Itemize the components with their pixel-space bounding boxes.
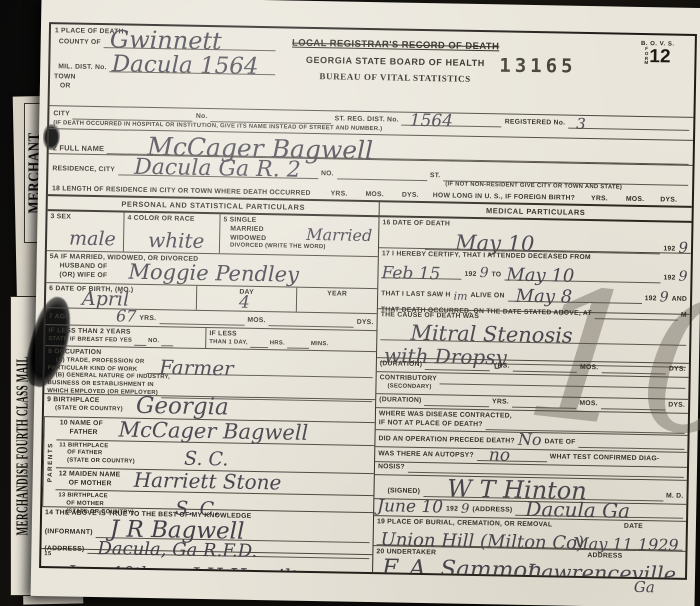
mother-handwriting: Harriett Stone <box>134 472 282 492</box>
where-line <box>486 422 685 434</box>
dob-month-cell: 6 DATE OF BIRTH, (MO.) April <box>46 283 196 310</box>
street-no-label: No. <box>196 113 208 122</box>
duration1-mos: MOS. <box>580 364 599 373</box>
burial-date-label: DATE <box>624 523 643 532</box>
undertaker-handwriting: F. A. Sammon <box>382 560 542 580</box>
form-number: 12 <box>649 48 670 65</box>
from-handwriting: Feb 15 <box>381 266 440 282</box>
signed-address-handwriting: Dacula Ga <box>525 501 630 520</box>
to-handwriting: May 10 <box>506 268 574 285</box>
length-mos: MOS. <box>365 191 384 200</box>
autopsy-handwriting: no <box>489 449 510 464</box>
mil-dist-label: MIL. DIST. No. <box>58 63 107 73</box>
informant-tag: (INFORMANT) <box>45 528 93 538</box>
spouse-handwriting: Moggie Pendley <box>128 264 299 285</box>
breast-fed-yes-line <box>134 338 146 346</box>
dob-month-handwriting: April <box>82 291 129 308</box>
personal-column: 3 SEX male 4 COLOR OR RACE white 5 SINGL… <box>41 211 380 579</box>
undertaker-state-handwriting: Ga <box>634 581 655 594</box>
marital-cell: 5 SINGLE MARRIED WIDOWED DIVORCED (WRITE… <box>219 214 379 256</box>
registrar-line: J H Hamilton <box>181 574 350 580</box>
how-long-yrs: YRS. <box>591 195 608 204</box>
residence-handwriting: Dacula Ga R. 2 <box>134 159 301 181</box>
residence-line: Dacula Ga R. 2 <box>118 167 318 179</box>
age-dys: DYS. <box>357 319 374 328</box>
lr-label: L. R. <box>353 576 369 580</box>
city-label: CITY <box>53 110 70 119</box>
occupation-handwriting: Farmer <box>159 359 234 377</box>
race-handwriting: white <box>148 232 205 250</box>
sex-cell: 3 SEX male <box>47 211 124 251</box>
dob-year-label: YEAR <box>300 290 374 300</box>
race-label: 4 COLOR OR RACE <box>127 215 216 225</box>
signed-address-tag: (ADDRESS) <box>472 506 512 516</box>
to-year-handwriting: 9 <box>678 272 687 284</box>
residence-no-label: NO. <box>321 170 334 179</box>
signed-date-handwriting: June 10 <box>377 499 443 515</box>
age-mos: MOS. <box>247 317 266 326</box>
length-yrs: YRS. <box>331 190 348 199</box>
county-of-label: COUNTY OF <box>59 38 101 48</box>
age-handwriting: 67 <box>116 310 137 324</box>
date-of-label: DATE OF <box>544 438 575 447</box>
and-label: AND <box>672 296 688 305</box>
duration1-dys: DYS. <box>669 366 686 375</box>
residence-label: RESIDENCE, CITY <box>52 165 115 175</box>
signed-192: 192 <box>446 506 458 515</box>
breast-fed-yes: YES <box>119 338 132 346</box>
length-dys: DYS. <box>402 192 419 201</box>
residence-st-label: ST. <box>430 172 441 181</box>
saw-him-handwriting: im <box>453 291 467 301</box>
form-columns: 3 SEX male 4 COLOR OR RACE white 5 SINGL… <box>41 211 692 580</box>
saw-handwriting: May 8 <box>516 289 573 305</box>
duration1-mos-line <box>513 364 578 373</box>
filed-label: FILED <box>44 570 65 579</box>
mins-label: MINS. <box>311 341 329 349</box>
md-label: M. D. <box>666 492 684 501</box>
death-certificate-paper: 10 Ga 1 PLACE OF DEATH COUNTY OF Gwinnet… <box>31 0 700 606</box>
where-line2: IF NOT AT PLACE OF DEATH? <box>379 419 483 430</box>
test-label1: WHAT TEST CONFIRMED DIAG- <box>550 453 660 464</box>
undertaker-row: 20 UNDERTAKER ADDRESS F. A. Sammon Lawre… <box>373 546 686 580</box>
form-word-vertical: FORM <box>644 47 648 66</box>
filed-year-handwriting: 9 <box>169 570 177 579</box>
parents-block: PARENTS 10 NAME OF FATHER McCager Bagwel… <box>42 417 375 513</box>
autopsy-line: no <box>477 453 547 462</box>
age-yrs: YRS. <box>139 315 156 324</box>
duration2-mos: MOS. <box>579 400 598 409</box>
saw-line: May 8 <box>508 294 642 304</box>
serial-number-stamp: 13165 <box>499 55 576 78</box>
hrs-line <box>250 340 268 348</box>
duration2-yrs: YRS. <box>492 398 509 407</box>
registered-no-label: REGISTERED No. <box>505 119 566 129</box>
document-title: LOCAL REGISTRAR'S RECORD OF DEATH <box>246 37 546 53</box>
operation-date-line <box>578 440 684 450</box>
duration2-label: (DURATION) <box>379 396 422 406</box>
duration2-dys: DYS. <box>668 402 685 411</box>
age-mos-line <box>159 316 244 326</box>
to-line: May 10 <box>504 273 660 284</box>
filed-192: 192 <box>154 572 166 579</box>
filed-row: 15 FILED June 10th 192 9 J H Hamilton L.… <box>41 549 373 580</box>
age-label: 7 AGE <box>49 313 71 322</box>
from-year-handwriting: 9 <box>480 268 489 280</box>
informant-row: 14 THE ABOVE IS TRUE TO THE BEST OF MY K… <box>41 507 373 555</box>
signed-address-line: Dacula Ga <box>515 508 683 519</box>
hrs-label: HRS. <box>270 340 285 348</box>
autopsy-label: WAS THERE AN AUTOPSY? <box>378 450 474 461</box>
full-name-label: 2 FULL NAME <box>53 144 105 155</box>
cause-handwriting-1: Mitral Stenosis <box>410 325 573 346</box>
undertaker-address-label: ADDRESS <box>587 552 622 561</box>
less-than-day-line2: THAN 1 DAY, <box>209 339 248 347</box>
father-handwriting: McCager Bagwell <box>118 421 308 442</box>
sex-label: 3 SEX <box>50 213 120 223</box>
sex-handwriting: male <box>69 230 116 247</box>
cause-of-death-row: THE CAUSE OF DEATH WAS Mitral Stenosis w… <box>377 309 690 364</box>
less-than-day-cell: IF LESS THAN 1 DAY, HRS. MINS. <box>205 328 376 351</box>
breast-fed-line2: STATE IF BREAST FED <box>48 336 117 345</box>
st-reg-dist-label: ST. REG. DIST. No. <box>334 116 398 126</box>
father-bp-handwriting: S. C. <box>184 450 229 467</box>
duration2-dys-line <box>601 401 666 410</box>
duration1-label: (DURATION) <box>380 360 423 370</box>
dob-day-handwriting: 4 <box>239 295 250 310</box>
duration2-mos-line <box>512 400 577 409</box>
registrar-handwriting: J H Hamilton <box>191 567 324 580</box>
duration1-yrs: YRS. <box>493 362 510 371</box>
marital-handwriting: Married <box>306 228 372 243</box>
how-long-dys: DYS. <box>660 197 677 206</box>
dob-year-cell: YEAR <box>296 288 377 313</box>
from-line: Feb 15 <box>381 271 461 280</box>
registered-no-handwriting: 3 <box>576 118 586 131</box>
form-header: 1 PLACE OF DEATH COUNTY OF Gwinnett MIL.… <box>50 24 695 118</box>
form-number-box: B. O. V. S. FORM 12 <box>628 41 686 67</box>
residence-no-line <box>337 171 427 181</box>
undertaker-address-handwriting: Lawrenceville <box>527 564 676 580</box>
mil-dist-handwriting: Dacula 1564 <box>112 55 259 77</box>
undertaker-line: F. A. Sammon Lawrenceville <box>376 569 682 580</box>
duration2-yrs-line <box>425 398 490 407</box>
saw-label2: ALIVE ON <box>470 292 504 301</box>
race-cell: 4 COLOR OR RACE white <box>123 213 220 254</box>
test-label2: NOSIS? <box>378 463 405 472</box>
breast-fed-cell: IF LESS THAN 2 YEARS STATE IF BREAST FED… <box>45 325 205 348</box>
occupation-row: 8 OCCUPATION (A) TRADE, PROFESSION OR PA… <box>44 346 376 400</box>
saw-year-handwriting: 9 <box>660 293 669 305</box>
to-192: 192 <box>663 275 675 284</box>
duration1-yrs-line <box>425 362 490 371</box>
certificate-form: 1 PLACE OF DEATH COUNTY OF Gwinnett MIL.… <box>39 22 697 580</box>
from-192: 192 <box>464 271 476 280</box>
certify-row: 17 I HEREBY CERTIFY, THAT I ATTENDED DEC… <box>378 248 691 315</box>
signed-year-handwriting: 9 <box>461 504 469 515</box>
filed-date-handwriting: June 10th <box>68 565 152 580</box>
county-handwriting: Gwinnett <box>110 29 222 51</box>
to-label: TO <box>491 272 501 281</box>
dod-label: 16 DATE OF DEATH <box>382 219 688 233</box>
dob-day-cell: DAY 4 <box>196 286 296 312</box>
mins-line <box>287 340 309 348</box>
burial-label: 19 PLACE OF BURIAL, CREMATION, OR REMOVA… <box>377 518 553 530</box>
operation-handwriting: No <box>518 433 542 447</box>
st-reg-dist-line: 1564 <box>402 118 502 128</box>
signed-label: (SIGNED) <box>387 487 420 496</box>
breast-fed-no-line <box>161 338 173 346</box>
breast-fed-no: NO. <box>148 338 159 346</box>
st-reg-dist-handwriting: 1564 <box>410 113 454 128</box>
saw-192: 192 <box>645 295 657 304</box>
medical-column: 16 DATE OF DEATH May 10 192 9 17 I HEREB… <box>373 217 692 580</box>
how-long-mos: MOS. <box>626 196 645 205</box>
saw-label1: THAT I LAST SAW H <box>381 291 451 301</box>
sex-race-marital-row: 3 SEX male 4 COLOR OR RACE white 5 SINGL… <box>47 211 379 257</box>
age-dys-line <box>269 318 354 328</box>
birthplace-handwriting: Georgia <box>136 397 229 418</box>
scan-background: MERCHANT POSTMASTER FRAGILE MERCHANDISE … <box>0 0 700 606</box>
duration1-dys-line <box>601 365 666 374</box>
certify-label: 17 I HEREBY CERTIFY, THAT I ATTENDED DEC… <box>382 250 688 264</box>
